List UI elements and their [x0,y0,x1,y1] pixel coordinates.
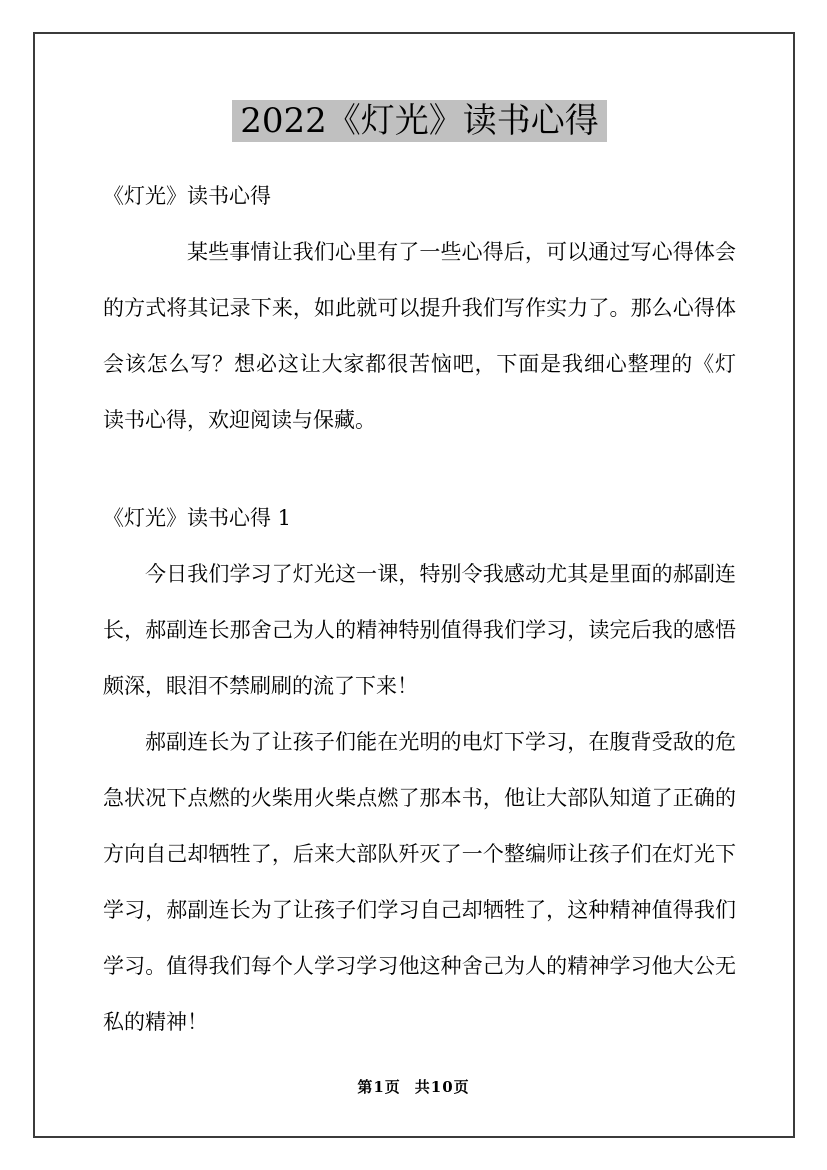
text-line: 颇深，眼泪不禁刷刷的流了下来！ [103,658,736,714]
text-line: 长，郝副连长那舍己为人的精神特别值得我们学习，读完后我的感悟 [103,602,736,658]
text-line: 方向自己却牺牲了，后来大部队歼灭了一个整编师让孩子们在灯光下 [103,826,736,882]
blank-line [103,448,736,490]
section-1-heading: 《灯光》读书心得 1 [103,490,736,546]
intro-paragraph: 某些事情让我们心里有了一些心得后，可以通过写心得体会的方式将其记录下来，如此就可… [103,224,736,448]
title-highlight: 2022《灯光》读书心得 [232,100,607,142]
text-line: 的方式将其记录下来，如此就可以提升我们写作实力了。那么心得体 [103,280,736,336]
text-line: 学习。值得我们每个人学习学习他这种舍己为人的精神学习他大公无 [103,938,736,994]
section-1-paragraph-2: 郝副连长为了让孩子们能在光明的电灯下学习，在腹背受敌的危急状况下点燃的火柴用火柴… [103,714,736,1050]
section-1-paragraph-1: 今日我们学习了灯光这一课，特别令我感动尤其是里面的郝副连长，郝副连长那舍己为人的… [103,546,736,714]
text-line: 郝副连长为了让孩子们能在光明的电灯下学习，在腹背受敌的危 [103,714,736,770]
subtitle-line: 《灯光》读书心得 [103,168,736,224]
text-line: 某些事情让我们心里有了一些心得后，可以通过写心得体会 [103,224,736,280]
text-line: 私的精神！ [103,994,736,1050]
text-line: 今日我们学习了灯光这一课，特别令我感动尤其是里面的郝副连 [103,546,736,602]
document-title: 2022《灯光》读书心得 [240,101,599,141]
text-line: 读书心得，欢迎阅读与保藏。 [103,392,736,448]
page-footer: 第1页共10页 [0,1078,827,1096]
footer-page-number: 第1页 [357,1078,400,1096]
text-line: 会该怎么写？想必这让大家都很苦恼吧，下面是我细心整理的《灯光》 [103,336,736,392]
document-page: 2022《灯光》读书心得 《灯光》读书心得某些事情让我们心里有了一些心得后，可以… [0,0,827,1170]
document-title-row: 2022《灯光》读书心得 [103,100,736,142]
page-content: 2022《灯光》读书心得 《灯光》读书心得某些事情让我们心里有了一些心得后，可以… [103,0,736,1050]
text-line: 《灯光》读书心得 1 [103,490,736,546]
document-body: 《灯光》读书心得某些事情让我们心里有了一些心得后，可以通过写心得体会的方式将其记… [103,168,736,1050]
text-line: 学习，郝副连长为了让孩子们学习自己却牺牲了，这种精神值得我们 [103,882,736,938]
text-line: 《灯光》读书心得 [103,168,736,224]
footer-total-pages: 共10页 [415,1078,470,1096]
text-line: 急状况下点燃的火柴用火柴点燃了那本书，他让大部队知道了正确的 [103,770,736,826]
